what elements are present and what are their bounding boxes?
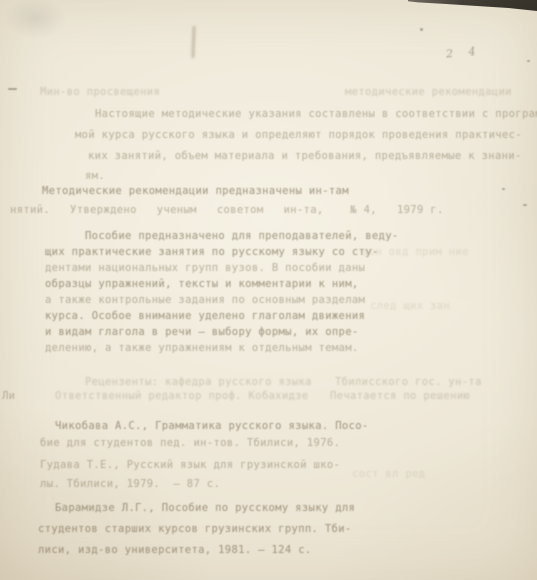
bleed-fragment: сост вл ред [352, 468, 425, 480]
ghost-text-line: Пособие предназначено для преподавателей… [85, 230, 399, 242]
ink-speck [420, 28, 423, 31]
ghost-text-line: нятий. Утверждено ученым советом ин-та, … [10, 204, 444, 216]
ghost-text-line: ям. [85, 170, 105, 182]
ghost-text-line: щих практические занятия по русскому язы… [45, 246, 379, 258]
ghost-text-line: Рецензенты: кафедра русского языка [85, 376, 312, 388]
ghost-text-line: Ответственный редактор проф. Кобахидзе [55, 390, 309, 402]
ghost-text-line: ких занятий, объем материала и требовани… [88, 150, 522, 162]
ghost-text-line: образцы упражнений, тексты и комментарии… [45, 278, 359, 290]
ink-speck [502, 188, 505, 190]
bibliography-line: Чикобава А.С., Грамматика русского языка… [55, 420, 369, 432]
header-fragment-right: методические рекомендации [345, 86, 512, 98]
ghost-text-line: Тбилисского гос. ун-та [335, 376, 482, 388]
bibliography-line: лы. Тбилиси, 1979. — 87 с. [40, 478, 220, 490]
scanned-page: 2 4 Мин-во просвещения методические реко… [0, 0, 537, 580]
ghost-text-line: курса. Особое внимание уделено глаголам … [45, 310, 365, 322]
bibliography-line: студентов старших курсов грузинских груп… [38, 523, 352, 535]
header-fragment-left: Мин-во просвещения [40, 86, 160, 98]
ghost-text-line: Печатается по решению [330, 390, 470, 402]
ghost-text-line: делению, а также упражнениям к отдельным… [45, 342, 359, 354]
ghost-text-line: Методические рекомендации предназначены … [42, 185, 349, 197]
bleed-fragment: осн овд прим ние [362, 246, 469, 258]
bibliography-line: лиси, изд-во университета, 1981. — 124 с… [38, 544, 312, 556]
ghost-text-line: и видам глагола в речи — выбору формы, и… [45, 326, 359, 338]
bibliography-line: Гудава Т.Е., Русский язык для грузинской… [40, 459, 340, 471]
ghost-text-line: дентами национальных групп вузов. В посо… [45, 262, 365, 274]
scan-edge-shadow [408, 0, 537, 13]
ink-speck [527, 60, 530, 62]
pencil-mark: 2 4 [446, 44, 482, 60]
ink-speck [523, 204, 527, 206]
ghost-text-line: а также контрольные задания по основным … [45, 294, 365, 306]
ghost-text-line: Ли [2, 390, 15, 402]
pencil-smudge [191, 26, 195, 58]
ghost-text-line: Настоящие методические указания составле… [95, 108, 537, 120]
bibliography-line: бие для студентов пед. ин-тов. Тбилиси, … [40, 437, 340, 449]
bibliography-line: Барамидзе Л.Г., Пособие по русскому язык… [55, 502, 355, 514]
bleed-fragment: след щих зан [370, 300, 450, 312]
ghost-text-line: мой курса русского языка и определяют по… [75, 129, 522, 141]
ink-speck [8, 88, 17, 90]
